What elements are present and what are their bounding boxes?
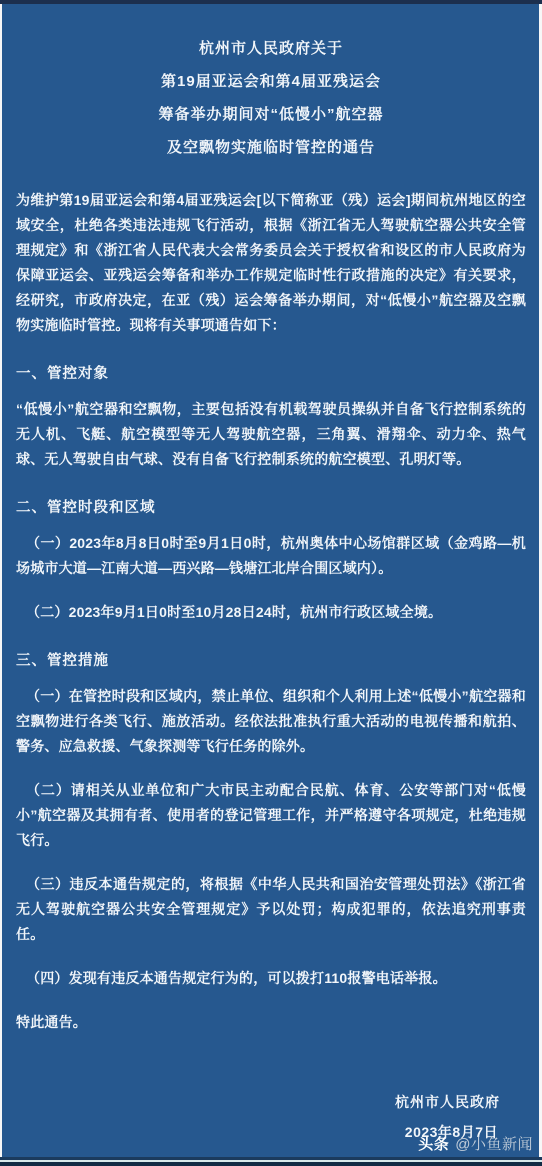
section-paragraph: （二）2023年9月1日0时至10月28日24时，杭州市行政区域全境。 [16,600,526,625]
title-line: 杭州市人民政府关于 [16,34,526,63]
section-paragraph: （一）2023年8月8日0时至9月1日0时，杭州奥体中心场馆群区域（金鸡路—机场… [16,531,526,581]
section-paragraph: （一）在管控时段和区域内，禁止单位、组织和个人利用上述“低慢小”航空器和空飘物进… [16,684,526,759]
section-paragraph: （二）请相关从业单位和广大市民主动配合民航、体育、公安等部门对“低慢小”航空器及… [16,778,526,853]
toutiao-watermark: 头条@小鱼新闻 [418,1135,533,1155]
section-paragraph: （四）发现有违反本通告规定行为的，可以拨打110报警电话举报。 [16,966,526,991]
section-heading: 一、管控对象 [16,362,526,387]
notice-content: 杭州市人民政府关于第19届亚运会和第4届亚残运会筹备举办期间对“低慢小”航空器及… [0,0,542,1147]
bottom-border-strip [0,1157,542,1166]
section-heading: 二、管控时段和区域 [16,496,526,521]
notice-title: 杭州市人民政府关于第19届亚运会和第4届亚残运会筹备举办期间对“低慢小”航空器及… [16,34,526,162]
title-line: 筹备举办期间对“低慢小”航空器 [16,100,526,129]
title-line: 及空飘物实施临时管控的通告 [16,133,526,162]
left-border-strip [0,0,2,1166]
section-heading: 三、管控措施 [16,649,526,674]
title-line: 第19届亚运会和第4届亚残运会 [16,67,526,96]
notice-page: 杭州市人民政府关于第19届亚运会和第4届亚残运会筹备举办期间对“低慢小”航空器及… [0,0,542,1166]
top-border-strip [0,0,542,4]
section-paragraph: （三）违反本通告规定的，将根据《中华人民共和国治安管理处罚法》《浙江省无人驾驶航… [16,872,526,947]
signature-issuer: 杭州市人民政府 [16,1087,500,1117]
watermark-handle: @小鱼新闻 [455,1136,533,1153]
toutiao-logo-text: 头条 [418,1136,449,1153]
section-paragraph: “低慢小”航空器和空飘物，主要包括没有机载驾驶员操纵并自备飞行控制系统的无人机、… [16,397,526,472]
notice-sections: 一、管控对象“低慢小”航空器和空飘物，主要包括没有机载驾驶员操纵并自备飞行控制系… [16,362,526,991]
closing-text: 特此通告。 [16,1010,526,1035]
intro-paragraph: 为维护第19届亚运会和第4届亚残运会[以下简称亚（残）运会]期间杭州地区的空域安… [16,188,526,338]
